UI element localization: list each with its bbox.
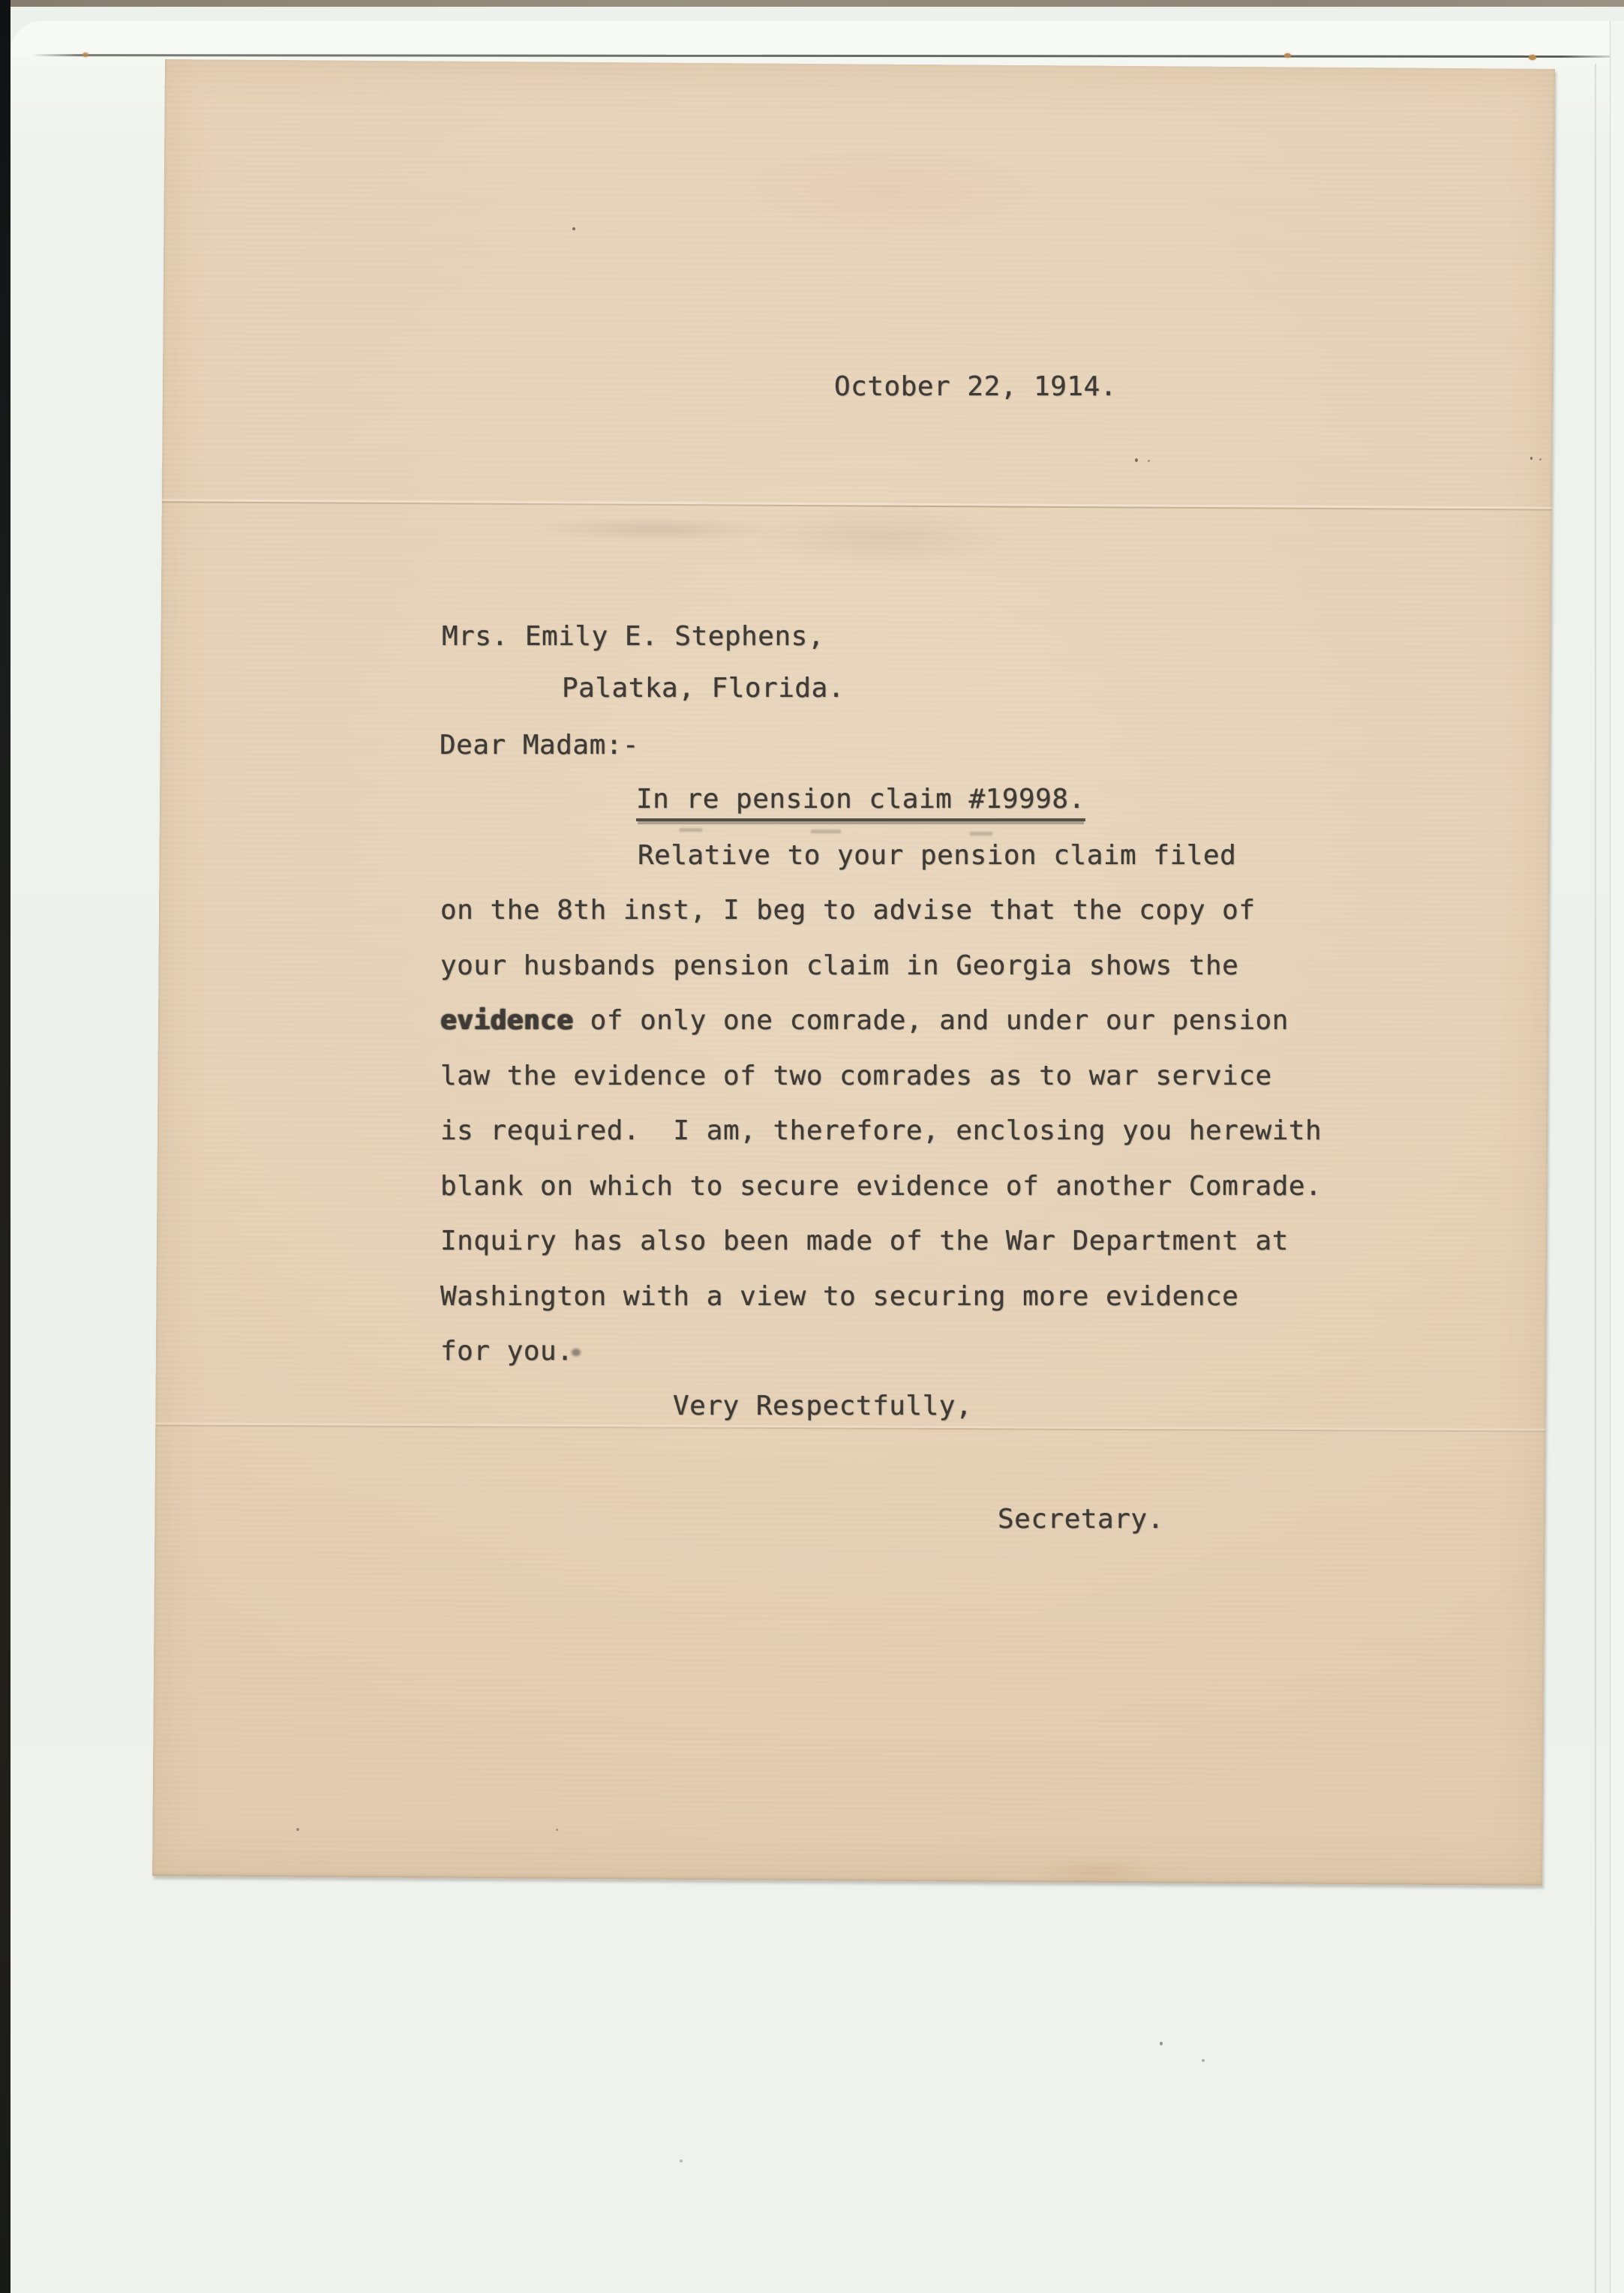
smudge-stain: [530, 515, 785, 542]
letter-date: October 22, 1914.: [834, 372, 1117, 402]
body-line: evidence of only one comrade, and under …: [440, 1006, 1289, 1036]
rust-speck: [1284, 53, 1291, 58]
scanner-top-dark-band: [0, 3, 1624, 21]
dust-speck: [1135, 458, 1138, 462]
dust-speck: [1148, 460, 1150, 462]
body-line: Relative to your pension claim filed: [638, 841, 1236, 871]
dust-speck: [1202, 2059, 1205, 2062]
recipient-city: Palatka, Florida.: [562, 674, 845, 704]
subject-line: In re pension claim #19998.: [636, 785, 1085, 821]
body-line: for you.: [440, 1337, 573, 1367]
faint-pencil-dash: [680, 828, 702, 832]
faint-pencil-dash: [811, 830, 841, 833]
dust-speck: [572, 227, 575, 230]
body-line: law the evidence of two comrades as to w…: [440, 1061, 1272, 1091]
dust-speck: [680, 2159, 683, 2162]
dust-speck: [296, 1828, 299, 1831]
body-line: Inquiry has also been made of the War De…: [440, 1226, 1289, 1256]
scanned-letter-page: October 22, 1914. Mrs. Emily E. Stephens…: [0, 0, 1624, 2293]
rust-speck: [83, 53, 89, 57]
body-line: your husbands pension claim in Georgia s…: [440, 951, 1238, 981]
ink-smudge: [572, 1349, 581, 1356]
dust-speck: [1160, 2042, 1163, 2045]
body-line: blank on which to secure evidence of ano…: [440, 1172, 1322, 1202]
rust-speck: [1529, 55, 1536, 60]
backing-top-band: [11, 21, 1624, 57]
body-line-rest: of only one comrade, and under our pensi…: [573, 1005, 1288, 1036]
scanner-left-dark-strip: [0, 0, 11, 2293]
overstruck-word: evidence: [440, 1005, 573, 1036]
signature: Secretary.: [998, 1505, 1164, 1535]
backing-vertical-crease: [1595, 64, 1596, 2293]
salutation: Dear Madam:-: [440, 731, 639, 761]
dust-speck: [1539, 458, 1541, 461]
dust-speck: [1530, 457, 1532, 460]
body-line: Washington with a view to securing more …: [440, 1282, 1238, 1312]
dust-speck: [556, 1829, 558, 1831]
closing: Very Respectfully,: [673, 1391, 972, 1421]
body-line: is required. I am, therefore, enclosing …: [440, 1116, 1322, 1146]
recipient-name: Mrs. Emily E. Stephens,: [442, 622, 824, 652]
subject-underlined-text: In re pension claim #19998.: [636, 785, 1085, 821]
body-line: on the 8th inst, I beg to advise that th…: [440, 896, 1256, 926]
backing-right-edge: [1610, 21, 1624, 2293]
faint-pencil-dash: [970, 832, 992, 836]
